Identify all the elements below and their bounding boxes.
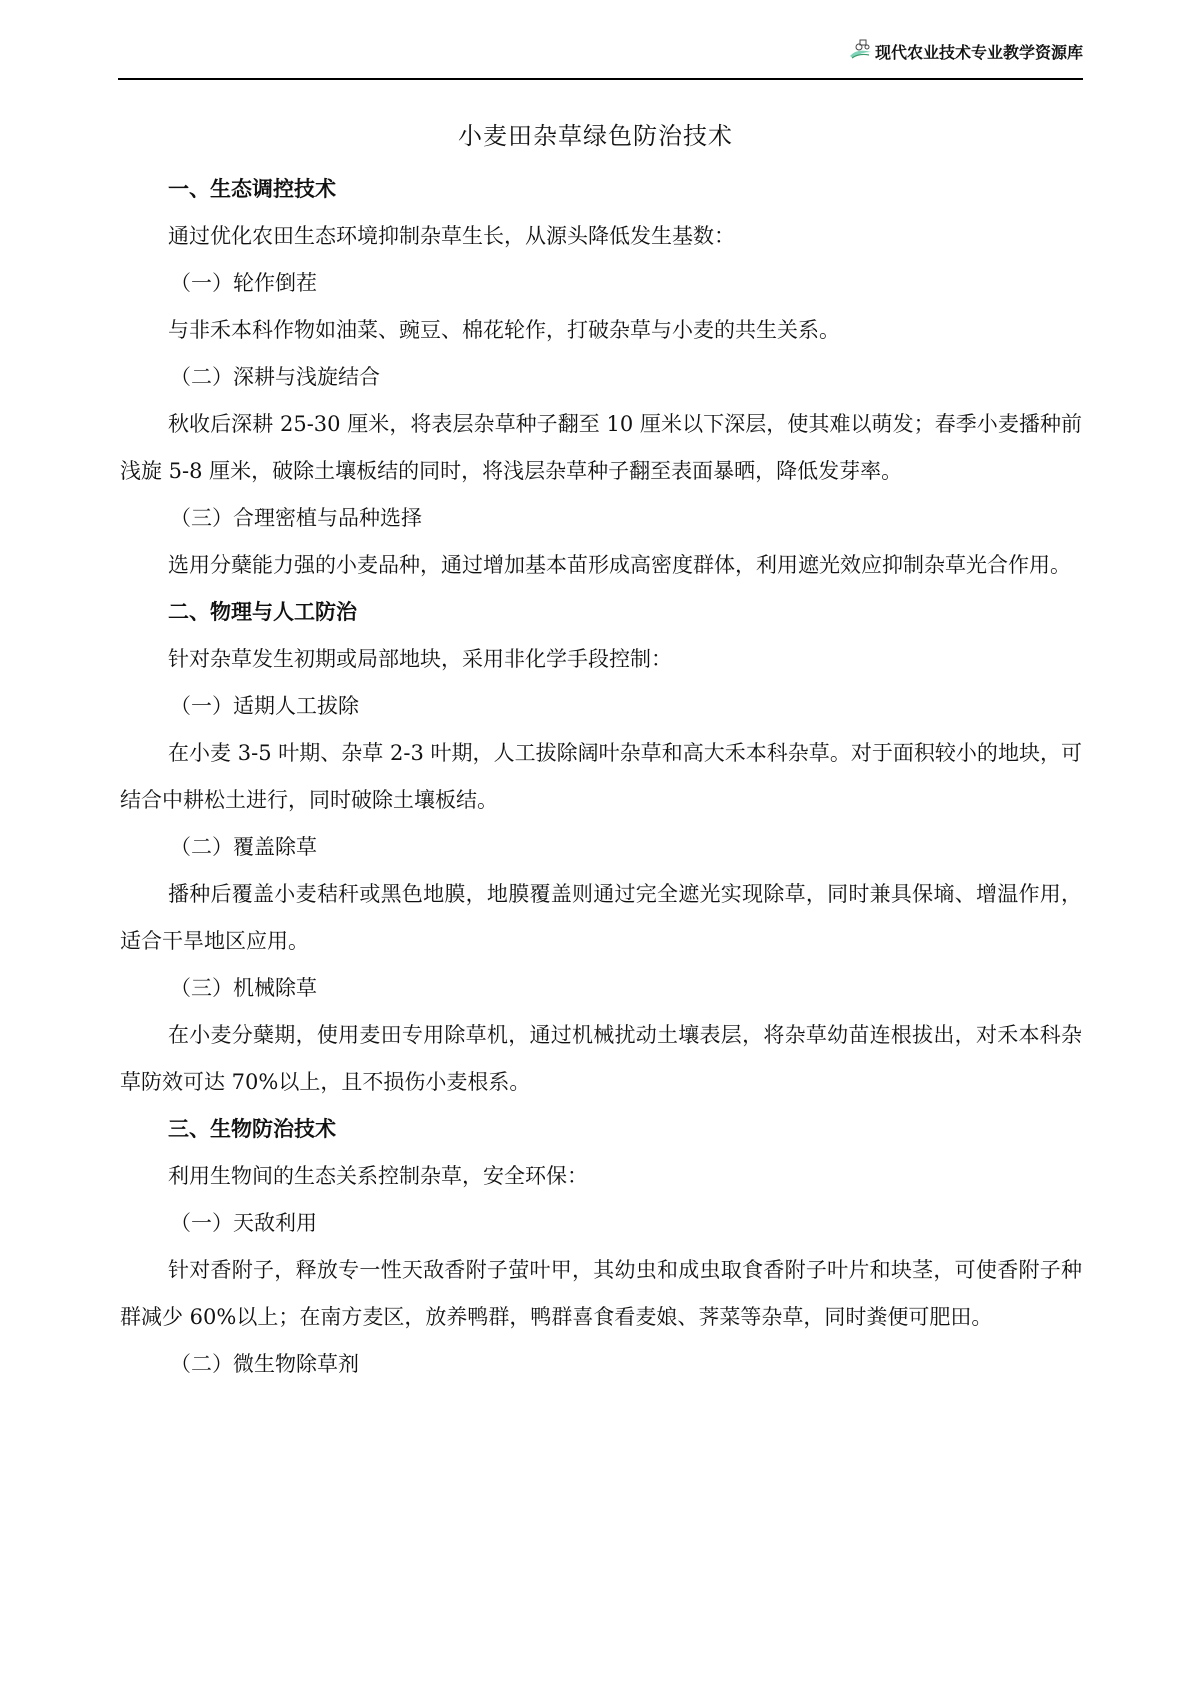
brand: 现代农业技术专业教学资源库 [849,38,1083,64]
subsection-heading: （一）天敌利用 [120,1200,1082,1247]
subsection-heading: （一）适期人工拔除 [120,683,1082,730]
document-body: 一、生态调控技术 通过优化农田生态环境抑制杂草生长，从源头降低发生基数： （一）… [120,166,1082,1388]
paragraph: 与非禾本科作物如油菜、豌豆、棉花轮作，打破杂草与小麦的共生关系。 [120,307,1082,354]
subsection-heading: （二）覆盖除草 [120,824,1082,871]
section-heading: 二、物理与人工防治 [120,589,1082,636]
subsection-heading: （三）机械除草 [120,965,1082,1012]
subsection-heading: （一）轮作倒茬 [120,260,1082,307]
paragraph: 在小麦分蘖期，使用麦田专用除草机，通过机械扰动土壤表层，将杂草幼苗连根拔出，对禾… [120,1012,1082,1106]
brand-text: 现代农业技术专业教学资源库 [875,40,1083,63]
paragraph: 通过优化农田生态环境抑制杂草生长，从源头降低发生基数： [120,213,1082,260]
paragraph: 利用生物间的生态关系控制杂草，安全环保： [120,1153,1082,1200]
section-heading: 三、生物防治技术 [120,1106,1082,1153]
paragraph: 播种后覆盖小麦秸秆或黑色地膜，地膜覆盖则通过完全遮光实现除草，同时兼具保墒、增温… [120,871,1082,965]
subsection-heading: （三）合理密植与品种选择 [120,495,1082,542]
subsection-heading: （二）深耕与浅旋结合 [120,354,1082,401]
paragraph: 选用分蘖能力强的小麦品种，通过增加基本苗形成高密度群体，利用遮光效应抑制杂草光合… [120,542,1082,589]
page-header: 现代农业技术专业教学资源库 [118,30,1083,80]
document-title: 小麦田杂草绿色防治技术 [0,116,1191,151]
paragraph: 在小麦 3-5 叶期、杂草 2-3 叶期，人工拔除阔叶杂草和高大禾本科杂草。对于… [120,730,1082,824]
section-heading: 一、生态调控技术 [120,166,1082,213]
paragraph: 针对杂草发生初期或局部地块，采用非化学手段控制： [120,636,1082,683]
tractor-field-logo-icon [849,38,875,64]
paragraph: 针对香附子，释放专一性天敌香附子萤叶甲，其幼虫和成虫取食香附子叶片和块茎，可使香… [120,1247,1082,1341]
paragraph: 秋收后深耕 25-30 厘米，将表层杂草种子翻至 10 厘米以下深层，使其难以萌… [120,401,1082,495]
subsection-heading: （二）微生物除草剂 [120,1341,1082,1388]
